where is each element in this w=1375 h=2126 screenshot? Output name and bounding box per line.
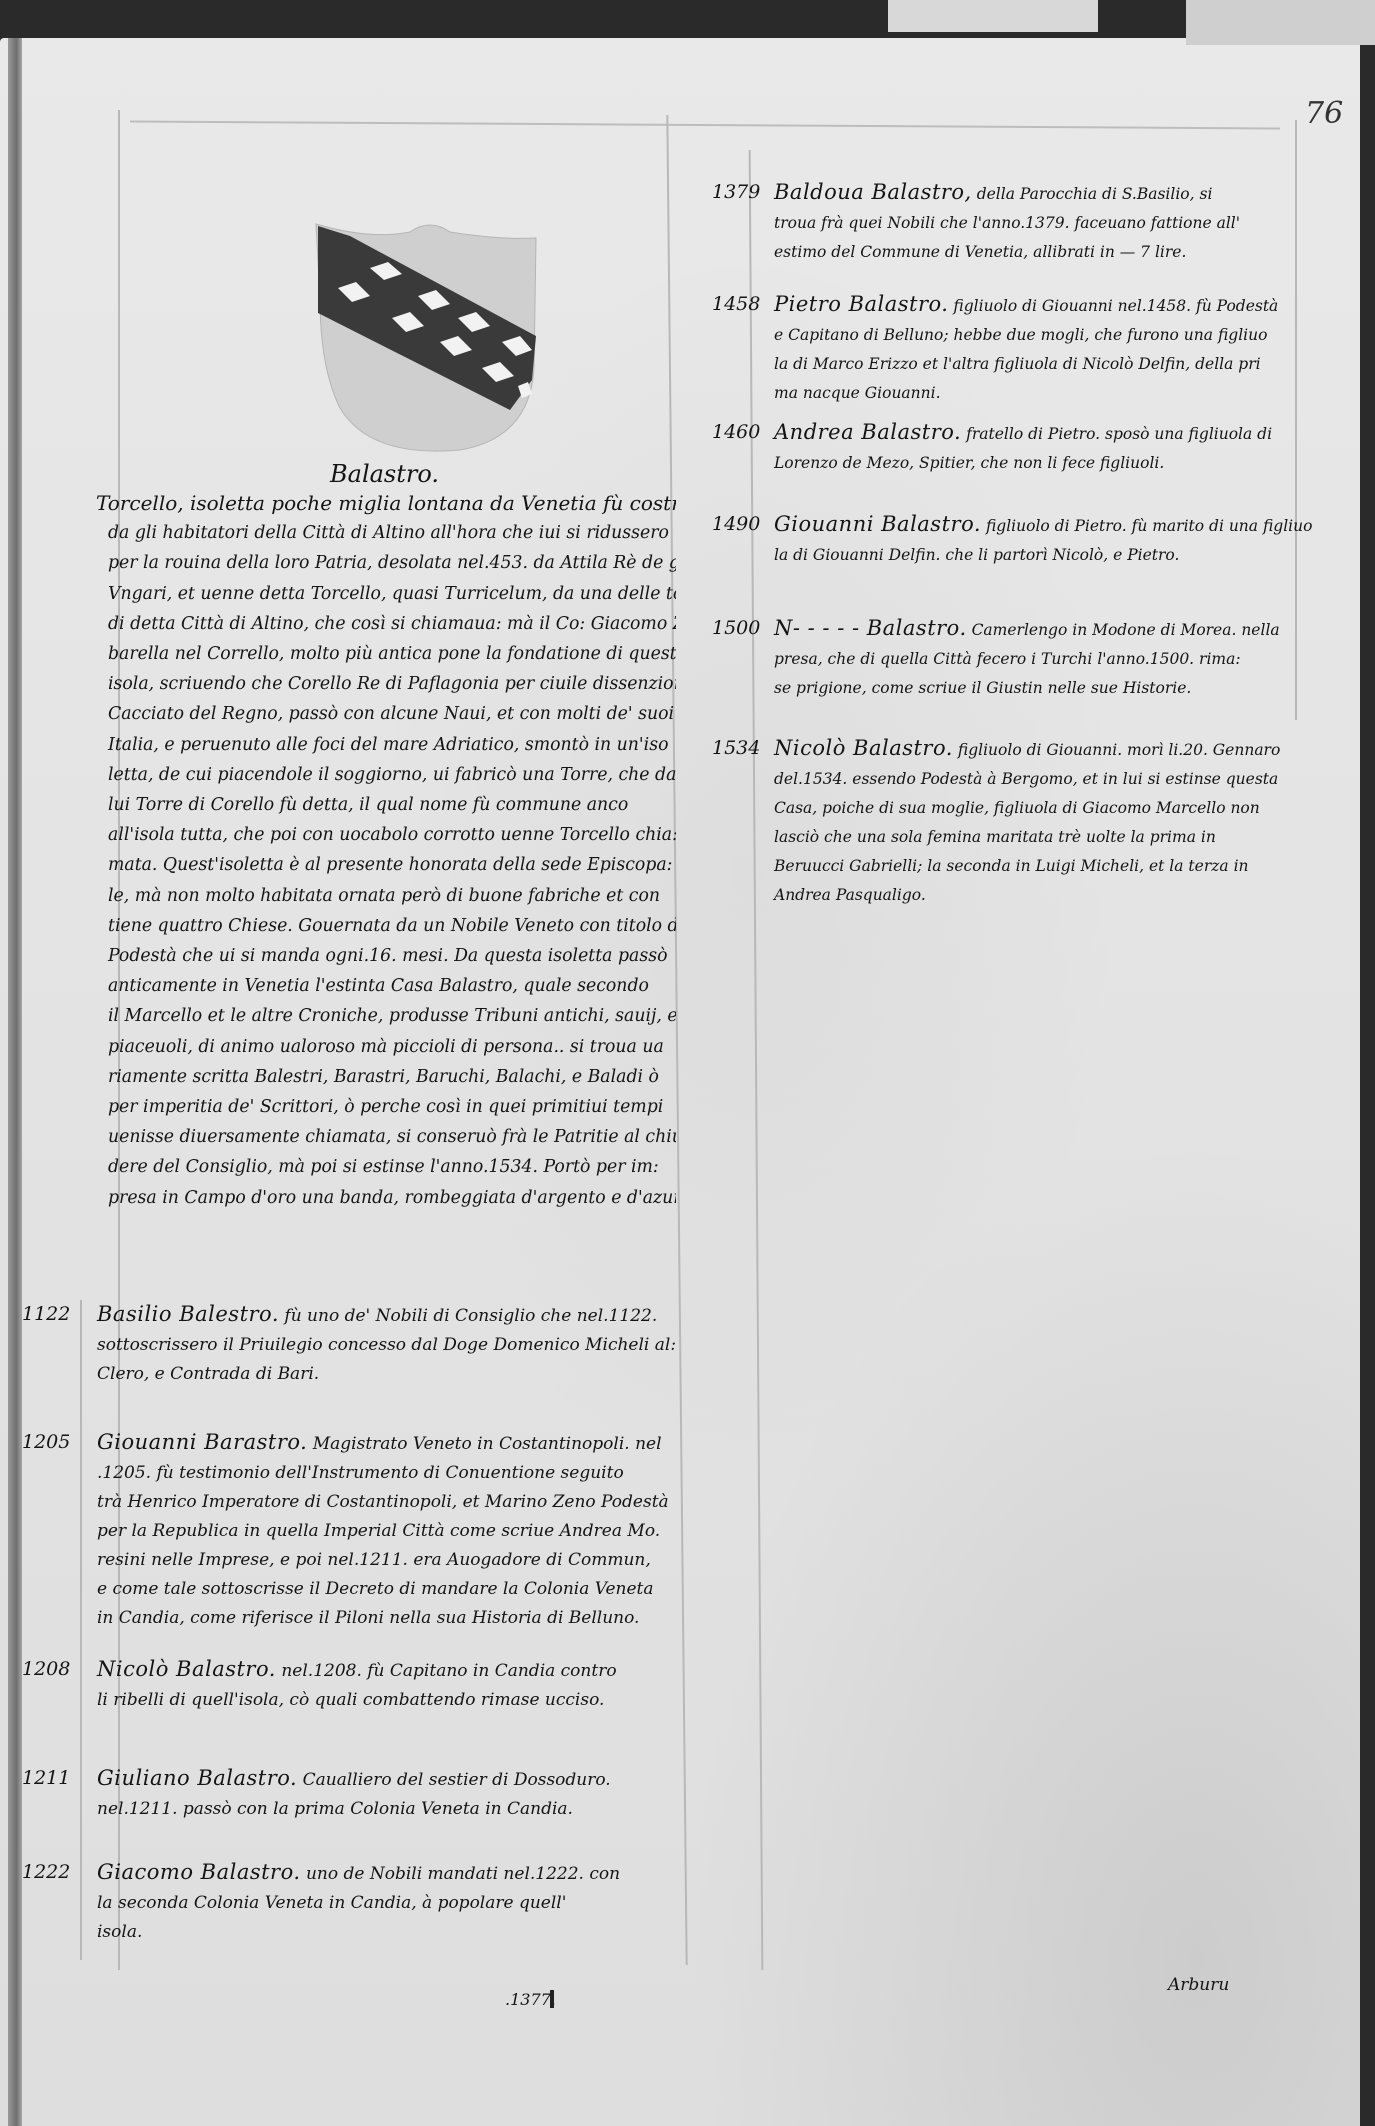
- entry-name: Giouanni Balastro.: [774, 512, 981, 536]
- text-line: troua frà quei Nobili che l'anno.1379. f…: [774, 209, 1240, 238]
- text-line: figliuolo di Giouanni nel.1458. fù Podes…: [953, 297, 1278, 315]
- entry-year: 1379: [712, 178, 760, 207]
- entry-name: N- - - - - Balastro.: [774, 616, 967, 640]
- text-line: la di Marco Erizzo et l'altra figliuola …: [774, 350, 1278, 379]
- text-line: le, mà non molto habitata ornata però di…: [96, 881, 676, 911]
- text-line: la seconda Colonia Veneta in Candia, à p…: [97, 1889, 620, 1918]
- text-line: nel.1208. fù Capitano in Candia contro: [281, 1661, 616, 1681]
- signature: Arburu: [1168, 1975, 1229, 1995]
- text-line: e Capitano di Belluno; hebbe due mogli, …: [774, 321, 1278, 350]
- entry-year: 1122: [22, 1300, 70, 1329]
- text-line: Podestà che ui si manda ogni.16. mesi. D…: [96, 941, 676, 971]
- entry-1458: 1458 Pietro Balastro. figliuolo di Gioua…: [712, 290, 1312, 410]
- entry-1122: 1122 Basilio Balestro. fù uno de' Nobili…: [22, 1300, 672, 1390]
- coat-of-arms-shield-icon: [310, 218, 542, 458]
- text-line: presa, che di quella Città fecero i Turc…: [774, 645, 1280, 674]
- text-line: Beruucci Gabrielli; la seconda in Luigi …: [774, 852, 1280, 881]
- entry-name: Nicolò Balastro.: [774, 736, 953, 760]
- text-line: Camerlengo in Modone di Morea. nella: [972, 621, 1280, 639]
- text-line: uno de Nobili mandati nel.1222. con: [306, 1864, 620, 1884]
- text-line: isola, scriuendo che Corello Re di Pafla…: [96, 669, 676, 699]
- text-line: trà Henrico Imperatore di Costantinopoli…: [97, 1488, 669, 1517]
- entry-name: Baldoua Balastro,: [774, 180, 972, 204]
- text-line: Vngari, et uenne detta Torcello, quasi T…: [96, 579, 676, 609]
- text-line: figliuolo di Giouanni. morì li.20. Genna…: [958, 741, 1280, 759]
- text-line: del.1534. essendo Podestà à Bergomo, et …: [774, 765, 1280, 794]
- text-line: li ribelli di quell'isola, cò quali comb…: [97, 1686, 617, 1715]
- text-line: presa in Campo d'oro una banda, rombeggi…: [96, 1183, 676, 1213]
- text-line: Magistrato Veneto in Costantinopoli. nel: [313, 1434, 662, 1454]
- entry-year: 1534: [712, 734, 760, 763]
- entry-1500: 1500 N- - - - - Balastro. Camerlengo in …: [712, 614, 1312, 704]
- entry-year: 1205: [22, 1428, 70, 1457]
- folio-number: .1377.: [505, 1990, 556, 2009]
- entry-name: Andrea Balastro.: [774, 420, 961, 444]
- entry-1534: 1534 Nicolò Balastro. figliuolo di Gioua…: [712, 734, 1312, 914]
- entry-1460: 1460 Andrea Balastro. fratello di Pietro…: [712, 418, 1312, 478]
- text-line: della Parocchia di S.Basilio, si: [977, 185, 1213, 203]
- text-line: Lorenzo de Mezo, Spitier, che non li fec…: [774, 449, 1272, 478]
- text-line: uenisse diuersamente chiamata, si conser…: [96, 1122, 676, 1152]
- entry-name: Giouanni Barastro.: [97, 1430, 307, 1454]
- text-line: la di Giouanni Delfin. che li partorì Ni…: [774, 541, 1312, 570]
- entry-1208: 1208 Nicolò Balastro. nel.1208. fù Capit…: [22, 1655, 672, 1725]
- entry-year: 1490: [712, 510, 760, 539]
- text-line: riamente scritta Balestri, Barastri, Bar…: [96, 1062, 676, 1092]
- text-line: lui Torre di Corello fù detta, il qual n…: [96, 790, 676, 820]
- text-line: per la Republica in quella Imperial Citt…: [97, 1517, 669, 1546]
- family-name-heading: Balastro.: [330, 460, 439, 488]
- intro-paragraph: Torcello, isoletta poche miglia lontana …: [96, 488, 676, 1213]
- text-line: all'isola tutta, che poi con uocabolo co…: [96, 820, 676, 850]
- text-line: sottoscrissero il Priuilegio concesso da…: [97, 1331, 676, 1360]
- entry-name: Giacomo Balastro.: [97, 1860, 301, 1884]
- text-line: barella nel Corrello, molto più antica p…: [96, 639, 676, 669]
- text-line: fratello di Pietro. sposò una figliuola …: [966, 425, 1272, 443]
- entry-year: 1458: [712, 290, 760, 319]
- entry-1211: 1211 Giuliano Balastro. Caualliero del s…: [22, 1764, 672, 1834]
- page-number: 76: [1305, 96, 1343, 131]
- entry-year: 1460: [712, 418, 760, 447]
- text-line: nel.1211. passò con la prima Colonia Ven…: [97, 1795, 611, 1824]
- text-line: resini nelle Imprese, e poi nel.1211. er…: [97, 1546, 669, 1575]
- text-line: anticamente in Venetia l'estinta Casa Ba…: [96, 971, 676, 1001]
- entry-name: Giuliano Balastro.: [97, 1766, 297, 1790]
- folio-stroke-mark: [550, 1990, 554, 2008]
- text-line: Clero, e Contrada di Bari.: [97, 1360, 676, 1389]
- text-line: Casa, poiche di sua moglie, figliuola di…: [774, 794, 1280, 823]
- entry-name: Basilio Balestro.: [97, 1302, 279, 1326]
- text-line: fù uno de' Nobili di Consiglio che nel.1…: [284, 1306, 657, 1326]
- page-edge-tab-right: [1186, 0, 1375, 45]
- entry-year: 1500: [712, 614, 760, 643]
- text-line: tiene quattro Chiese. Gouernata da un No…: [96, 911, 676, 941]
- entry-year: 1211: [22, 1764, 70, 1793]
- text-line: Torcello, isoletta poche miglia lontana …: [96, 488, 676, 518]
- text-line: piaceuoli, di animo ualoroso mà piccioli…: [96, 1032, 676, 1062]
- entry-year: 1222: [22, 1858, 70, 1887]
- entry-name: Pietro Balastro.: [774, 292, 948, 316]
- entry-1379: 1379 Baldoua Balastro, della Parocchia d…: [712, 178, 1312, 268]
- entry-1205: 1205 Giouanni Barastro. Magistrato Venet…: [22, 1428, 672, 1638]
- text-line: mata. Quest'isoletta è al presente honor…: [96, 850, 676, 880]
- text-line: isola.: [97, 1918, 620, 1947]
- text-line: per la rouina della loro Patria, desolat…: [96, 548, 676, 578]
- entry-1222: 1222 Giacomo Balastro. uno de Nobili man…: [22, 1858, 672, 1958]
- book-binding-edge: [8, 38, 22, 2126]
- text-line: se prigione, come scriue il Giustin nell…: [774, 674, 1280, 703]
- entry-1490: 1490 Giouanni Balastro. figliuolo di Pie…: [712, 510, 1312, 570]
- text-line: .1205. fù testimonio dell'Instrumento di…: [97, 1459, 669, 1488]
- text-line: da gli habitatori della Città di Altino …: [96, 518, 676, 548]
- text-line: dere del Consiglio, mà poi si estinse l'…: [96, 1152, 676, 1182]
- text-line: letta, de cui piacendole il soggiorno, u…: [96, 760, 676, 790]
- text-line: per imperitia de' Scrittori, ò perche co…: [96, 1092, 676, 1122]
- text-line: Caualliero del sestier di Dossoduro.: [303, 1770, 611, 1790]
- text-line: Andrea Pasqualigo.: [774, 881, 1280, 910]
- entry-year: 1208: [22, 1655, 70, 1684]
- text-line: e come tale sottoscrisse il Decreto di m…: [97, 1575, 669, 1604]
- text-line: Italia, e peruenuto alle foci del mare A…: [96, 730, 676, 760]
- text-line: lasciò che una sola femina maritata trè …: [774, 823, 1280, 852]
- text-line: figliuolo di Pietro. fù marito di una fi…: [986, 517, 1313, 535]
- page-edge-tab: [888, 0, 1098, 32]
- text-line: in Candia, come riferisce il Piloni nell…: [97, 1604, 669, 1633]
- text-line: il Marcello et le altre Croniche, produs…: [96, 1001, 676, 1031]
- text-line: Cacciato del Regno, passò con alcune Nau…: [96, 699, 676, 729]
- text-line: estimo del Commune di Venetia, allibrati…: [774, 238, 1240, 267]
- text-line: di detta Città di Altino, che così si ch…: [96, 609, 676, 639]
- entry-name: Nicolò Balastro.: [97, 1657, 276, 1681]
- text-line: ma nacque Giouanni.: [774, 379, 1278, 408]
